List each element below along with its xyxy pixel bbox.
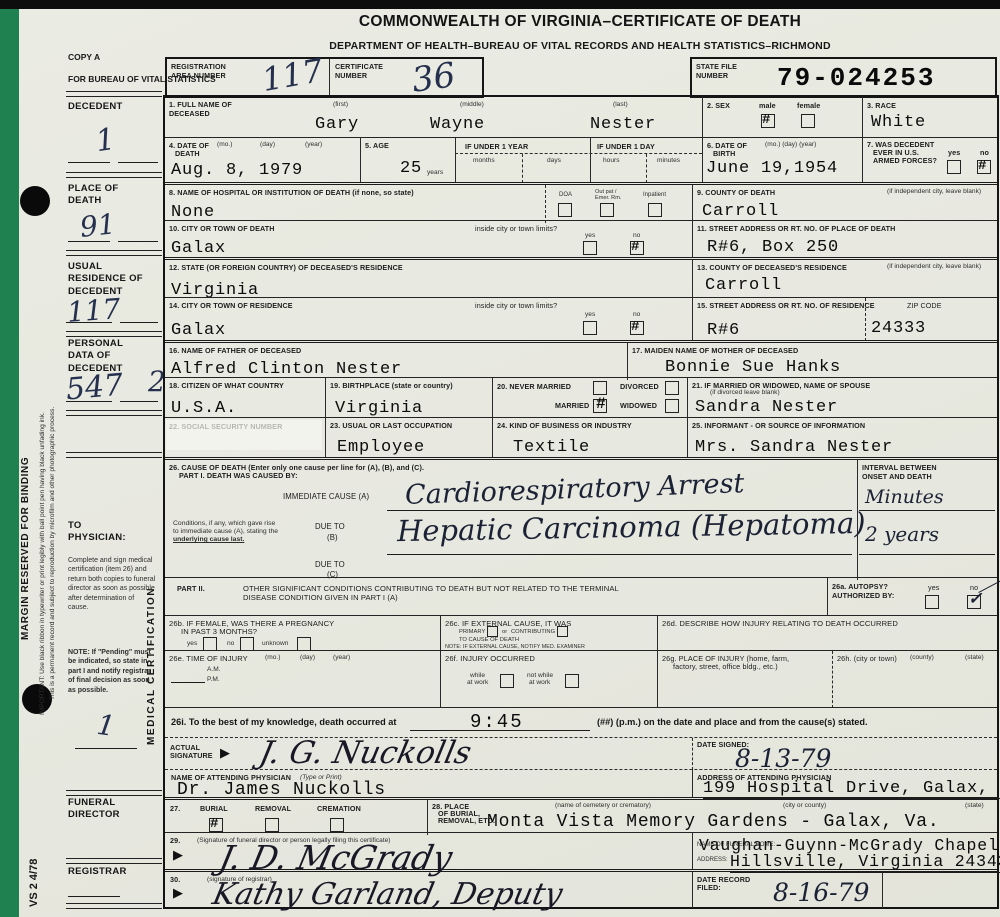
immediate-cause-label: IMMEDIATE CAUSE (A)	[283, 492, 369, 502]
sidebar-line	[68, 241, 110, 242]
forces-no-label: no	[980, 148, 989, 157]
divider	[692, 770, 693, 798]
sidebar-line	[120, 322, 158, 323]
registration-divider	[329, 59, 330, 96]
sidebar-rule	[66, 172, 162, 178]
middle-label: (middle)	[460, 101, 484, 109]
limits-res-no-label: no	[633, 311, 640, 319]
year-label: (year)	[305, 141, 322, 149]
document-title: COMMONWEALTH OF VIRGINIA–CERTIFICATE OF …	[165, 13, 995, 31]
limits-yes-label: yes	[585, 232, 595, 240]
informant-label: 25. INFORMANT - OR SOURCE OF INFORMATION	[692, 421, 865, 430]
sidebar-rule-top	[66, 91, 162, 97]
age-value: 25	[400, 160, 422, 177]
scan-top-edge	[0, 0, 1000, 9]
pregnancy-unknown-checkbox	[297, 637, 311, 651]
occupation-value: Employee	[337, 439, 425, 456]
divider	[687, 418, 688, 458]
county-of-death-label: 9. COUNTY OF DEATH	[697, 188, 775, 197]
sex-male-label: male	[759, 101, 776, 110]
state-file-label: STATE FILE NUMBER	[696, 62, 751, 80]
injury-mo-label: (mo.)	[265, 654, 280, 662]
not-while-label-2: at work	[529, 679, 550, 687]
cause-a-value: Cardiorespiratory Arrest	[405, 468, 745, 511]
under-one-rule	[455, 153, 702, 154]
funeral-home-address-label: ADDRESS:	[697, 857, 728, 864]
cremation-checkbox	[330, 818, 344, 832]
last-name-value: Nester	[590, 116, 656, 133]
certificate-number-value: 36	[410, 58, 458, 98]
pregnancy-no-checkbox	[240, 637, 254, 651]
sidebar-line	[66, 322, 112, 323]
divider-dashed	[646, 154, 647, 183]
margin-important-text-2: This is a permanent record and subject t…	[49, 407, 56, 700]
autopsy-label-1: 26a. AUTOPSY?	[832, 582, 888, 591]
registration-area-value: 117	[260, 54, 326, 96]
county-of-death-value: Carroll	[702, 203, 779, 220]
limits-residence-label: inside city or town limits?	[475, 301, 557, 310]
not-while-at-work-checkbox	[565, 674, 579, 688]
divider	[702, 97, 703, 137]
certificate-number-label: CERTIFICATE NUMBER	[335, 62, 395, 80]
actual-signature-label-2: SIGNATURE	[170, 751, 213, 760]
limits-res-yes-checkbox	[583, 321, 597, 335]
cremation-label: CREMATION	[317, 804, 361, 813]
registrar-signature: Kathy Garland, Deputy	[210, 880, 565, 910]
divider	[657, 651, 658, 708]
county-of-death-note: (if independent city, leave blank)	[887, 188, 981, 196]
ssn-label: 22. SOCIAL SECURITY NUMBER	[169, 422, 282, 431]
divider	[427, 800, 428, 835]
citizen-value: U.S.A.	[171, 400, 237, 417]
doa-checkbox	[558, 203, 572, 217]
divider	[325, 378, 326, 418]
pregnancy-yes-checkbox	[203, 637, 217, 651]
date-filed-value: 8-16-79	[773, 878, 869, 907]
primary-label: PRIMARY	[459, 629, 485, 636]
race-label: 3. RACE	[867, 101, 896, 110]
months-label: months	[473, 157, 495, 165]
divider	[590, 138, 591, 183]
interval-a-value: Minutes	[865, 486, 944, 508]
row-funeral-director: 29. (Signature of funeral director or pe…	[165, 832, 997, 870]
physician-signature: J. G. Nuckolls	[257, 738, 474, 769]
binding-strip	[0, 9, 19, 917]
divider	[692, 833, 693, 870]
row-hospital-county: 8. NAME OF HOSPITAL OR INSTITUTION OF DE…	[165, 182, 997, 223]
zip-value: 24333	[871, 320, 926, 337]
widowed-label: WIDOWED	[620, 401, 657, 410]
last-label: (last)	[613, 101, 628, 109]
row-city-street: 10. CITY OR TOWN OF DEATH inside city or…	[165, 220, 997, 258]
cause-b-line	[387, 554, 852, 555]
city-of-death-value: Galax	[171, 240, 226, 257]
date-of-death-value: Aug. 8, 1979	[171, 162, 303, 179]
sidebar-physician-note: Complete and sign medical certification …	[68, 556, 156, 613]
sidebar-rule	[66, 858, 162, 864]
divider-dashed	[522, 154, 523, 183]
funeral-home-address-value: Hillsville, Virginia 24343	[730, 854, 1000, 873]
conditions-note-3: underlying cause last.	[173, 536, 244, 544]
statement-pre: 26i. To the best of my knowledge, death …	[171, 717, 396, 727]
citizen-label: 18. CITIZEN OF WHAT COUNTRY	[169, 381, 284, 390]
due-to-b-label: DUE TO	[315, 522, 345, 532]
divider	[455, 138, 456, 183]
sidebar-decedent-label: DECEDENT	[68, 101, 123, 113]
street-residence-label: 15. STREET ADDRESS OR RT. NO. OF RESIDEN…	[697, 301, 875, 310]
divider	[692, 185, 693, 223]
armed-forces-label-3: ARMED FORCES?	[873, 156, 937, 165]
hours-label: hours	[603, 157, 620, 165]
divider-dashed	[545, 185, 546, 223]
date-of-death-label-2: DEATH	[175, 149, 200, 158]
row-citizen-marital: 18. CITIZEN OF WHAT COUNTRY U.S.A. 19. B…	[165, 377, 997, 418]
divider	[440, 616, 441, 651]
or-label: or	[502, 629, 507, 636]
outpatient-label-2: Emer. Rm.	[595, 195, 621, 202]
to-cause-label: TO CAUSE OF DEATH	[459, 637, 519, 644]
contributing-checkbox	[557, 626, 568, 637]
injury-state-label: (state)	[965, 654, 984, 662]
mother-label: 17. MAIDEN NAME OF MOTHER OF DECEASED	[632, 346, 798, 355]
date-filed-label-2: FILED:	[697, 883, 721, 892]
city-residence-value: Galax	[171, 322, 226, 339]
death-certificate-scan: MARGIN RESERVED FOR BINDING IMPORTANT: U…	[0, 0, 1000, 917]
document-subtitle: DEPARTMENT OF HEALTH–BUREAU OF VITAL REC…	[165, 40, 995, 52]
injury-day-label: (day)	[300, 654, 315, 662]
under-1-year-label: IF UNDER 1 YEAR	[465, 142, 528, 151]
sidebar-funeral-label: FUNERAL DIRECTOR	[68, 797, 138, 822]
middle-name-value: Wayne	[430, 116, 485, 133]
county-residence-value: Carroll	[705, 277, 782, 294]
spouse-value: Sandra Nester	[695, 399, 838, 416]
form-code: VS 2 4/78	[28, 859, 40, 907]
sidebar-rule	[66, 410, 162, 416]
divider	[687, 378, 688, 418]
sidebar-line	[118, 241, 158, 242]
removal-label: REMOVAL	[255, 804, 291, 813]
row-occupation-informant: 22. SOCIAL SECURITY NUMBER 23. USUAL OR …	[165, 417, 997, 458]
state-file-box: STATE FILE NUMBER 79-024253	[690, 57, 997, 98]
limits-res-yes-label: yes	[585, 311, 595, 319]
form-grid: 1. FULL NAME OF DECEASED (first) (middle…	[163, 95, 999, 909]
city-of-death-label: 10. CITY OR TOWN OF DEATH	[169, 224, 275, 233]
arrow-icon: ▶	[220, 746, 230, 759]
row-burial: 27. BURIAL REMOVAL CREMATION # 28. PLACE…	[165, 797, 997, 835]
row-statement: 26i. To the best of my knowledge, death …	[165, 707, 997, 738]
autopsy-yes-checkbox	[925, 595, 939, 609]
married-mark: #	[596, 395, 606, 413]
interval-a-line	[859, 510, 995, 511]
divider	[440, 651, 441, 708]
row-physician: NAME OF ATTENDING PHYSICIAN (Type or Pri…	[165, 769, 997, 798]
bureau-label: FOR BUREAU OF VITAL STATISTICS	[68, 74, 148, 85]
married-label: MARRIED	[555, 401, 589, 410]
limits-res-no-mark: #	[631, 319, 639, 335]
row-26e-26h: 26e. TIME OF INJURY (mo.) (day) (year) A…	[165, 650, 997, 708]
time-of-injury-label: 26e. TIME OF INJURY	[169, 654, 248, 663]
conditions-note-2: to immediate cause (A), stating the	[173, 528, 278, 536]
cause-b-value: Hepatic Carcinoma (Hepatoma)	[397, 506, 866, 548]
cemetery-note: (name of cemetery or crematory)	[555, 802, 651, 810]
injury-city-label: 26h. (city or town)	[837, 654, 897, 663]
full-name-label: 1. FULL NAME OF DECEASED	[169, 100, 241, 118]
sidebar-rule	[66, 903, 162, 909]
forces-yes-checkbox	[947, 160, 961, 174]
street-residence-value: R#6	[707, 322, 740, 339]
primary-checkbox	[487, 626, 498, 637]
state-residence-label: 12. STATE (OR FOREIGN COUNTRY) OF DECEAS…	[169, 263, 403, 272]
divider	[882, 872, 883, 908]
inpatient-label: Inpatient	[643, 192, 666, 199]
am-label: A.M.	[207, 666, 221, 674]
conditions-note-1: Conditions, if any, which gave rise	[173, 520, 275, 528]
part2-text-2: DISEASE CONDITION GIVEN IN PART I (A)	[243, 593, 398, 602]
sidebar-registrar-label: REGISTRAR	[68, 866, 127, 878]
row-state-county-residence: 12. STATE (OR FOREIGN COUNTRY) OF DECEAS…	[165, 257, 997, 300]
divider	[657, 616, 658, 651]
county-residence-label: 13. COUNTY OF DECEASED'S RESIDENCE	[697, 263, 847, 272]
sidebar-line	[75, 748, 137, 749]
divider	[692, 221, 693, 258]
sex-label: 2. SEX	[707, 101, 730, 110]
sidebar-rule	[66, 250, 162, 256]
autopsy-label-2: AUTHORIZED BY:	[832, 591, 894, 600]
zip-label: ZIP CODE	[907, 301, 942, 310]
injury-occurred-label: 26f. INJURY OCCURRED	[445, 654, 535, 663]
margin-binding-text: MARGIN RESERVED FOR BINDING	[20, 457, 31, 640]
county-residence-note: (if independent city, leave blank)	[887, 263, 981, 271]
spouse-note: (if divorced leave blank)	[710, 389, 780, 397]
sidebar-place-value: 91	[79, 210, 117, 242]
age-unit-label: years	[427, 169, 443, 177]
arrow-icon: ▶	[173, 886, 183, 899]
registration-area-label: REGISTRATION AREA NUMBER	[171, 62, 233, 80]
injury-year-label: (year)	[333, 654, 350, 662]
pm-line	[171, 682, 205, 683]
sidebar-rule	[66, 790, 162, 796]
sidebar-to-physician-label: TO PHYSICIAN:	[68, 520, 138, 545]
divider	[492, 418, 493, 458]
burial-mark: #	[210, 816, 218, 832]
hospital-value: None	[171, 204, 215, 221]
pregnancy-yes-label: yes	[187, 640, 197, 648]
row-signature: ACTUAL SIGNATURE ▶ J. G. Nuckolls DATE S…	[165, 737, 997, 770]
while-label-2: at work	[467, 679, 488, 687]
day-label: (day)	[260, 141, 275, 149]
city-county-note: (city or county)	[783, 802, 826, 810]
item-29-number: 29.	[170, 836, 180, 845]
divider	[702, 138, 703, 183]
death-time-value: 9:45	[470, 711, 524, 733]
item-27-number: 27.	[170, 804, 180, 813]
punch-hole-top	[20, 186, 50, 216]
widowed-checkbox	[665, 399, 679, 413]
doa-label: DOA	[559, 192, 572, 199]
divider	[827, 578, 828, 616]
copy-label: COPY A	[68, 52, 100, 63]
injury-county-label: (county)	[910, 654, 934, 662]
birthplace-value: Virginia	[335, 400, 423, 417]
date-of-birth-label-2: BIRTH	[713, 149, 735, 158]
divider-dashed	[832, 651, 833, 708]
sidebar-line	[68, 162, 110, 163]
sidebar-physician-value: 1	[95, 711, 117, 741]
street-of-death-value: R#6, Box 250	[707, 239, 839, 256]
arrow-icon: ▶	[173, 848, 183, 861]
first-name-value: Gary	[315, 116, 359, 133]
divider	[862, 138, 863, 183]
first-label: (first)	[333, 101, 348, 109]
sidebar-rule	[66, 452, 162, 458]
divider-dashed	[692, 738, 693, 770]
sidebar-place-label: PLACE OF DEATH	[68, 183, 138, 208]
divorced-label: DIVORCED	[620, 382, 659, 391]
sidebar-line	[66, 401, 112, 402]
row-cause-of-death: 26. CAUSE OF DEATH (Enter only one cause…	[165, 457, 997, 580]
father-label: 16. NAME OF FATHER OF DECEASED	[169, 346, 301, 355]
part1-label: PART I. DEATH WAS CAUSED BY:	[179, 471, 298, 480]
removal-checkbox	[265, 818, 279, 832]
minutes-label: minutes	[657, 157, 680, 165]
describe-injury-label: 26d. DESCRIBE HOW INJURY RELATING TO DEA…	[662, 619, 898, 628]
pregnancy-label-2: IN PAST 3 MONTHS?	[181, 627, 257, 636]
hospital-label: 8. NAME OF HOSPITAL OR INSTITUTION OF DE…	[169, 188, 414, 197]
city-residence-label: 14. CITY OR TOWN OF RESIDENCE	[169, 301, 293, 310]
limits-yes-checkbox	[583, 241, 597, 255]
row-name-sex-race: 1. FULL NAME OF DECEASED (first) (middle…	[165, 97, 997, 137]
never-married-label: 20. NEVER MARRIED	[497, 382, 571, 391]
sidebar-decedent-value: 1	[94, 125, 117, 157]
funeral-director-signature: J. D. McGrady	[216, 841, 455, 874]
forces-yes-label: yes	[948, 148, 960, 157]
forces-no-mark: #	[978, 158, 986, 174]
due-to-c-label: DUE TO	[315, 560, 345, 570]
divorced-checkbox	[665, 381, 679, 395]
divider	[692, 298, 693, 341]
outpatient-checkbox	[600, 203, 614, 217]
sidebar-pending-note: NOTE: If "Pending" must be indicated, so…	[68, 648, 158, 695]
limits-label: inside city or town limits?	[475, 224, 557, 233]
part2-label: PART II.	[177, 584, 205, 593]
row-26b-26c-26d: 26b. IF FEMALE, WAS THERE A PREGNANCY IN…	[165, 615, 997, 651]
date-of-birth-sub: (mo.) (day) (year)	[765, 141, 816, 149]
item-30-number: 30.	[170, 875, 180, 884]
informant-value: Mrs. Sandra Nester	[695, 439, 893, 456]
sex-female-label: female	[797, 101, 820, 110]
statement-post: (##) (p.m.) on the date and place and fr…	[597, 717, 868, 727]
burial-label: BURIAL	[200, 804, 228, 813]
mother-value: Bonnie Sue Hanks	[665, 359, 841, 376]
registration-box: REGISTRATION AREA NUMBER 117 CERTIFICATE…	[165, 57, 484, 98]
divider	[627, 343, 628, 380]
age-label: 5. AGE	[365, 141, 389, 150]
row-part2-autopsy: PART II. OTHER SIGNIFICANT CONDITIONS CO…	[165, 577, 997, 616]
street-of-death-label: 11. STREET ADDRESS OR RT. NO. OF PLACE O…	[697, 224, 895, 233]
sidebar-line	[118, 162, 158, 163]
industry-label: 24. KIND OF BUSINESS OR INDUSTRY	[497, 421, 632, 430]
state-note: (state)	[965, 802, 984, 810]
never-married-checkbox	[593, 381, 607, 395]
row-dates-age: 4. DATE OF (mo.) (day) (year) DEATH Aug.…	[165, 137, 997, 183]
limits-no-mark: #	[631, 239, 639, 255]
father-value: Alfred Clinton Nester	[171, 361, 402, 378]
divider	[492, 378, 493, 418]
autopsy-yes-label: yes	[928, 583, 940, 592]
race-value: White	[871, 114, 926, 131]
while-at-work-checkbox	[500, 674, 514, 688]
date-of-birth-value: June 19,1954	[706, 160, 838, 177]
divider	[692, 260, 693, 300]
due-to-b-sub: (B)	[327, 533, 338, 543]
row-city-street-zip: 14. CITY OR TOWN OF RESIDENCE inside cit…	[165, 297, 997, 341]
interval-label: INTERVAL BETWEEN ONSET AND DEATH	[862, 463, 947, 481]
under-1-day-label: IF UNDER 1 DAY	[597, 142, 655, 151]
divider	[692, 872, 693, 908]
sidebar-rule	[66, 331, 162, 337]
external-cause-label: 26c. IF EXTERNAL CAUSE, IT WAS	[445, 619, 571, 628]
inpatient-checkbox	[648, 203, 662, 217]
place-of-burial-value: Monta Vista Memory Gardens - Galax, Va.	[487, 813, 939, 831]
sex-female-checkbox	[801, 114, 815, 128]
sidebar-line	[68, 896, 120, 897]
row-parents: 16. NAME OF FATHER OF DECEASED Alfred Cl…	[165, 340, 997, 380]
interval-b-line	[859, 554, 995, 555]
sidebar-line	[120, 401, 158, 402]
place-of-injury-label-2: factory, street, office bldg., etc.)	[673, 662, 778, 671]
occupation-label: 23. USUAL OR LAST OCCUPATION	[330, 421, 452, 430]
birthplace-label: 19. BIRTHPLACE (state or country)	[330, 381, 453, 390]
interval-b-value: 2 years	[865, 522, 939, 546]
punch-hole-bottom	[22, 684, 52, 714]
divider	[325, 418, 326, 458]
sex-male-mark: #	[762, 112, 770, 128]
industry-value: Textile	[513, 439, 590, 456]
divider	[862, 97, 863, 137]
pen-stroke	[978, 580, 1000, 593]
state-file-value: 79-024253	[777, 63, 935, 93]
mo-label: (mo.)	[217, 141, 232, 149]
pregnancy-no-label: no	[227, 640, 234, 648]
divider	[360, 138, 361, 183]
pregnancy-unknown-label: unknown	[262, 640, 288, 648]
days-label: days	[547, 157, 561, 165]
margin-important-text-1: IMPORTANT: Use black ribbon in typewrite…	[39, 412, 46, 715]
pm-label: P.M.	[207, 676, 220, 684]
contributing-label: CONTRIBUTING	[511, 629, 555, 636]
